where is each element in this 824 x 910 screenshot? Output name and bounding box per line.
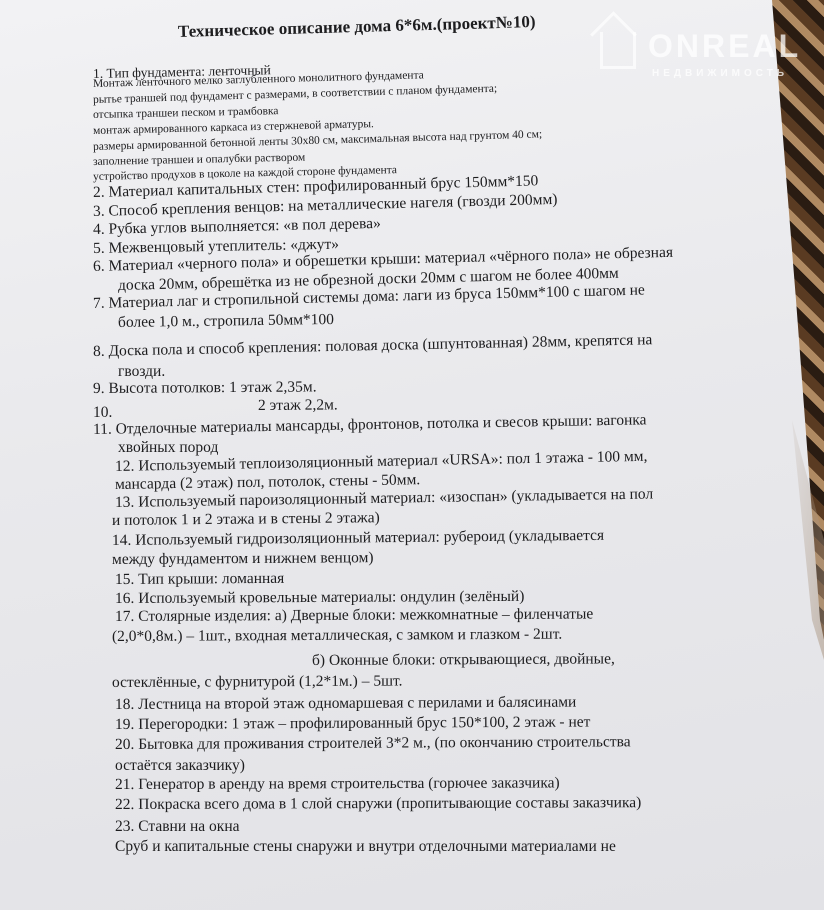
document-line: 19. Перегородки: 1 этаж – профилированны…: [115, 714, 591, 734]
document-line: 18. Лестница на второй этаж одномаршевая…: [115, 694, 576, 714]
document-line: 22. Покраска всего дома в 1 слой снаружи…: [115, 794, 641, 814]
document-line: Сруб и капитальные стены снаружи и внутр…: [115, 838, 616, 856]
document-line: хвойных пород: [118, 439, 218, 457]
document-line: между фундаментом и нижнем венцом): [112, 549, 374, 569]
document-line: 20. Бытовка для проживания строителей 3*…: [115, 733, 631, 754]
document-line: 23. Ставни на окна: [115, 818, 240, 836]
document-line: остаётся заказчику): [115, 757, 245, 775]
document-line: 16. Используемый кровельные материалы: о…: [115, 588, 524, 608]
document-line: более 1,0 м., стропила 50мм*100: [118, 311, 334, 332]
document-line: 17. Столярные изделия: а) Дверные блоки:…: [115, 605, 593, 626]
document-line: отсыпка траншеи песком и трамбовка: [93, 105, 279, 121]
document-line: 14. Используемый гидроизоляционный матер…: [112, 527, 604, 550]
document-body: Техническое описание дома 6*6м.(проект№1…: [0, 0, 824, 910]
document-line: 21. Генератор в аренду на время строител…: [115, 774, 560, 794]
document-title: Техническое описание дома 6*6м.(проект№1…: [178, 12, 536, 42]
document-line: 2 этаж 2,2м.: [258, 396, 338, 415]
document-line: гвозди.: [118, 363, 165, 381]
document-line: 11. Отделочные материалы мансарды, фронт…: [93, 411, 647, 439]
document-line: 8. Доска пола и способ крепления: полова…: [93, 331, 653, 361]
document-line: остеклённые, с фурнитурой (1,2*1м.) – 5ш…: [112, 672, 403, 692]
document-line: 15. Тип крыши: ломанная: [115, 570, 284, 589]
document-line: (2,0*0,8м.) – 1шт., входная металлическа…: [112, 626, 562, 646]
document-line: заполнение траншеи и опалубки раствором: [93, 152, 306, 168]
document-line: и потолок 1 и 2 этажа и в стены 2 этажа): [112, 509, 380, 530]
document-line: б) Оконные блоки: открывающиеся, двойные…: [312, 650, 615, 670]
document-line: 9. Высота потолков: 1 этаж 2,35м.: [93, 378, 317, 398]
document-line: 10.: [93, 404, 112, 422]
